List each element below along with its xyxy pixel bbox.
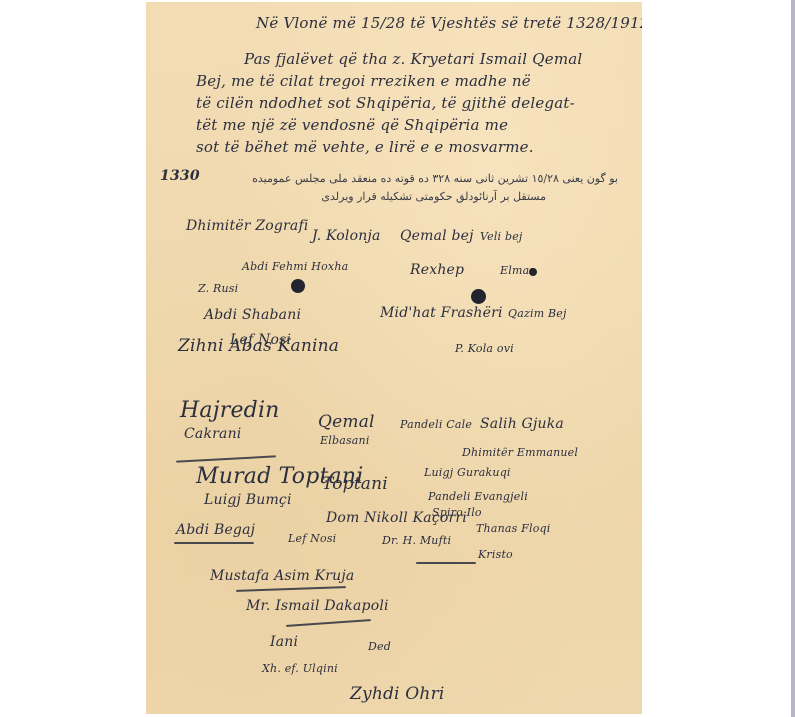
signature: Rexhep xyxy=(410,262,464,278)
body-line-2: Bej, me të cilat tregoi rreziken e madhe… xyxy=(196,72,531,90)
signature: Qemal bej xyxy=(400,228,474,244)
signature: Luigj Gurakuqi xyxy=(424,466,511,479)
signature: Pandeli Evangjeli xyxy=(428,490,528,503)
signature: Zihni Abas Kanina xyxy=(178,336,339,356)
body-line-5: sot të bëhet më vehte, e lirë e e mosvar… xyxy=(196,138,534,156)
signature: Qazim Bej xyxy=(508,307,567,320)
body-line-4: tët me një zë vendosnë që Shqipëria me xyxy=(196,116,508,134)
signature: Pandeli Cale xyxy=(400,418,472,431)
signature-underline xyxy=(416,562,476,564)
signature: Luigj Bumçi xyxy=(204,492,292,508)
signature: Dr. H. Mufti xyxy=(382,534,451,547)
document-heading: Në Vlonë më 15/28 të Vjeshtës së tretë 1… xyxy=(256,14,642,32)
body-line-3: të cilën ndodhet sot Shqipëria, të gjith… xyxy=(196,94,575,112)
signature: Veli bej xyxy=(480,230,523,243)
signature: Abdi Begaj xyxy=(176,522,255,538)
signature: P. Kola ovi xyxy=(455,342,514,355)
signature-underline xyxy=(176,455,276,462)
signature: Mr. Ismail Dakapoli xyxy=(246,598,389,614)
signature: Dhimitër Zografi xyxy=(186,218,309,234)
signature: Xh. ef. Ulqini xyxy=(262,662,338,675)
signature: Toptani xyxy=(322,474,388,494)
ottoman-year: 1330 xyxy=(160,168,200,184)
vertical-scrollbar[interactable] xyxy=(791,0,795,717)
signature: Mid'hat Frashëri xyxy=(380,305,503,321)
image-viewer: Në Vlonë më 15/28 të Vjeshtës së tretë 1… xyxy=(0,0,795,717)
body-line-1: Pas fjalëvet që tha z. Kryetari Ismail Q… xyxy=(244,50,582,68)
seal-mark xyxy=(471,289,486,304)
signature: Abdi Fehmi Hoxha xyxy=(242,260,348,273)
signature: Lef Nosi xyxy=(288,532,336,545)
seal-mark xyxy=(291,279,305,293)
signature: Hajredin xyxy=(180,398,280,423)
ottoman-line-2: ﻣﺴﺘﻘﻞ ﺑﺮ آرﻧﺎﺋﻮدﻟﻖ ﺣﻜﻮﻣﺘﻰ ﺗﺸﻜﻴﻠﻪ ﻗﺮار وﻳ… xyxy=(246,190,546,203)
signature: Elbasani xyxy=(320,434,370,447)
declaration-document-scan: Në Vlonë më 15/28 të Vjeshtës së tretë 1… xyxy=(146,2,642,714)
signature: Dhimitër Emmanuel xyxy=(462,446,578,459)
signature: J. Kolonja xyxy=(312,228,381,244)
signature: Zyhdi Ohri xyxy=(350,684,445,704)
signature: Qemal xyxy=(318,412,375,432)
signature: Ded xyxy=(368,640,391,653)
signature: Thanas Floqi xyxy=(476,522,551,535)
signature: Mustafa Asim Kruja xyxy=(210,568,354,584)
seal-mark xyxy=(529,268,537,276)
signature: Cakrani xyxy=(184,426,241,442)
signature: Z. Rusi xyxy=(198,282,238,295)
signature: Kristo xyxy=(478,548,513,561)
signature: Salih Gjuka xyxy=(480,416,564,432)
signature: Spiro Ilo xyxy=(432,506,482,519)
signature-underline xyxy=(236,586,346,592)
signature: Iani xyxy=(270,634,298,650)
signature-underline xyxy=(286,619,371,627)
signature: Abdi Shabani xyxy=(204,307,301,323)
ottoman-line-1: ﺑﻮ ﮔﻮن ﻳﻌﻨﻰ ١٥/٢٨ ﺗﺸﺮﻳﻦ ﺛﺎﻧﻰ ﺳﻨﻪ ٣٢٨ ده … xyxy=(198,172,618,185)
signature-underline xyxy=(174,542,254,544)
